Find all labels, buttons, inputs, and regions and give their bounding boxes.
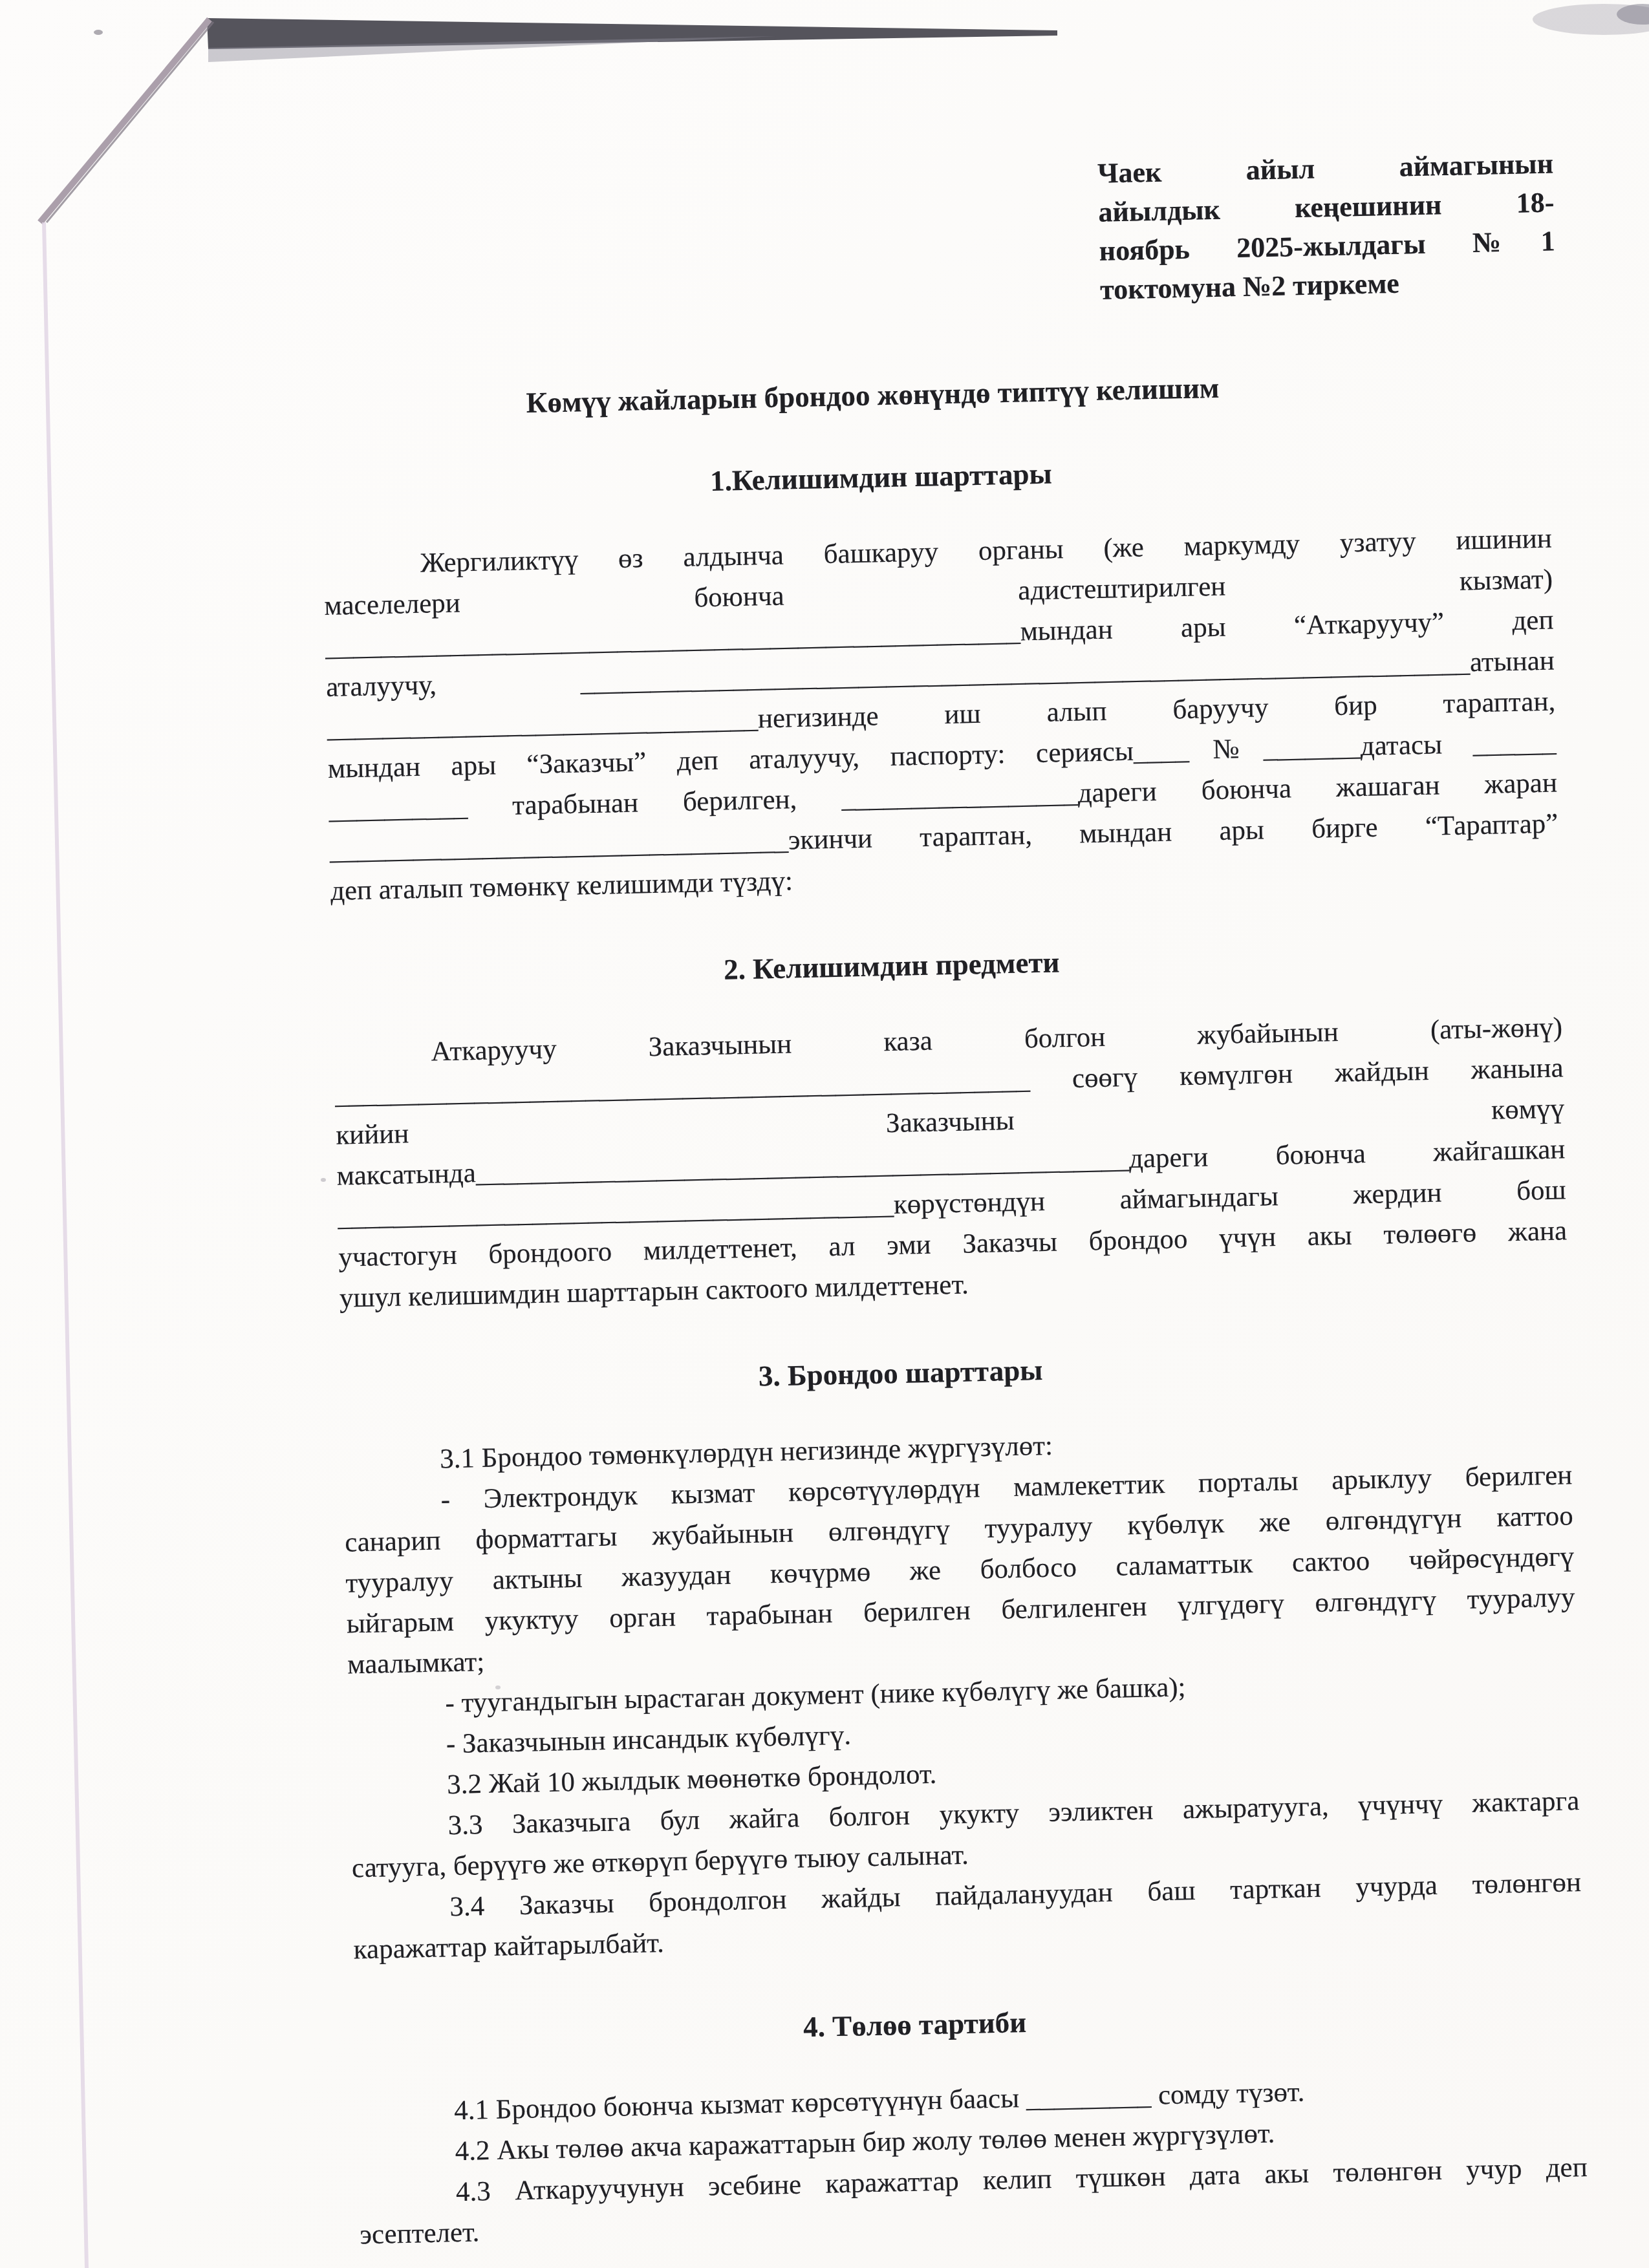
section-3-body: 3.1 Брондоо төмөнкүлөрдүн негизинде жүрг…	[343, 1414, 1582, 1970]
section-4: 4. Төлөө тартиби 4.1 Брондоо боюнча кызм…	[355, 1990, 1589, 2255]
section-1-body: Жергиликтүү өз алдынча башкаруу органы (…	[323, 519, 1559, 912]
section-2-heading: 2. Келишимдин предмети	[277, 932, 1506, 1000]
corner-fold-line-core	[47, 22, 213, 222]
document-title: Көмүү жайларын брондоо жөнүндө типтүү ке…	[258, 362, 1487, 429]
section-1-heading: 1.Келишимдин шарттары	[266, 444, 1496, 511]
appendix-note: Чаек айыл аймагынын айылдык кеңешинин 18…	[1097, 144, 1557, 309]
document-content: Чаек айыл аймагынын айылдык кеңешинин 18…	[311, 0, 1588, 2255]
left-page-edge	[44, 222, 87, 2268]
section-3-heading: 3. Брондоо шарттары	[286, 1340, 1515, 1407]
corner-fold-line	[40, 19, 210, 222]
scanned-page: Чаек айыл аймагынын айылдык кеңешинин 18…	[0, 0, 1649, 2268]
speck	[321, 1178, 326, 1182]
speck	[94, 30, 103, 35]
section-3: 3. Брондоо шарттары 3.1 Брондоо төмөнкүл…	[341, 1338, 1582, 1970]
section-2-body: Аткаруучу Заказчынын каза болгон жубайын…	[334, 1007, 1568, 1318]
section-2: 2. Келишимдин предмети Аткаруучу Заказчы…	[332, 931, 1568, 1318]
section-1: 1.Келишимдин шарттары Жергиликтүү өз алд…	[321, 443, 1559, 912]
section-4-heading: 4. Төлөө тартиби	[300, 1991, 1529, 2059]
section-4-body: 4.1 Брондоо боюнча кызмат көрсөтүүнүн ба…	[357, 2066, 1589, 2255]
